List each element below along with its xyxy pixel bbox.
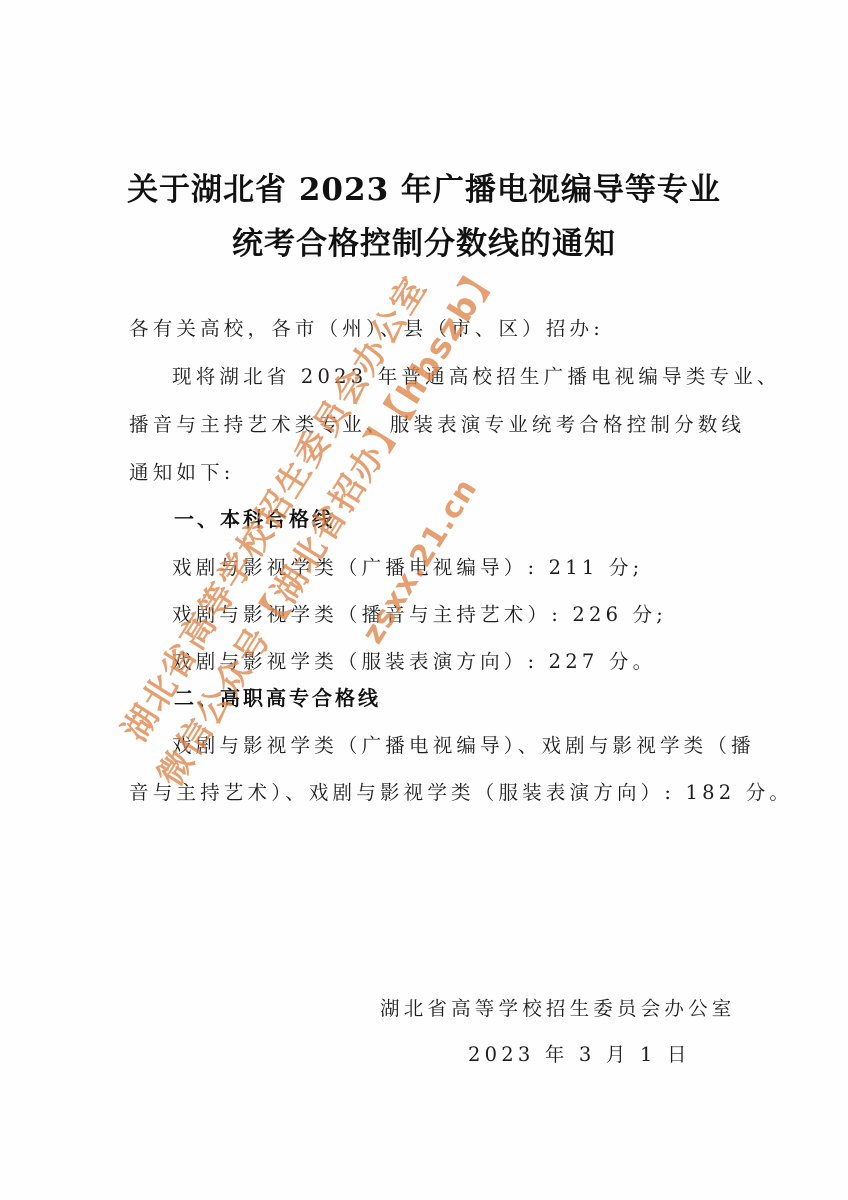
score-line-directing: 戏剧与影视学类（广播电视编导）: 211 分; [172,552,643,580]
intro-line-1: 现将湖北省 2023 年普通高校招生广播电视编导类专业、 [172,361,781,389]
signature-organization: 湖北省高等学校招生委员会办公室 [380,993,736,1021]
document-title-line-1: 关于湖北省 2023 年广播电视编导等专业 [0,164,848,209]
score-line-fashion: 戏剧与影视学类（服装表演方向）: 227 分。 [172,646,656,674]
document-page: 关于湖北省 2023 年广播电视编导等专业 统考合格控制分数线的通知 各有关高校… [0,0,848,1200]
intro-line-2: 播音与主持艺术类专业、服装表演专业统考合格控制分数线 [129,409,745,437]
section-heading-undergraduate: 一、本科合格线 [174,503,335,532]
signature-date: 2023 年 3 月 1 日 [468,1039,691,1067]
vocational-line-2: 音与主持艺术）、戏剧与影视学类（服装表演方向）: 182 分。 [129,777,793,805]
document-title-line-2: 统考合格控制分数线的通知 [0,218,848,263]
salutation: 各有关高校，各市（州）、县（市、区）招办: [129,313,604,341]
vocational-line-1: 戏剧与影视学类（广播电视编导）、戏剧与影视学类（播 [172,730,755,758]
intro-line-3: 通知如下: [129,457,235,485]
section-heading-vocational: 二、高职高专合格线 [174,682,381,711]
score-line-broadcasting: 戏剧与影视学类（播音与主持艺术）: 226 分; [172,599,667,627]
